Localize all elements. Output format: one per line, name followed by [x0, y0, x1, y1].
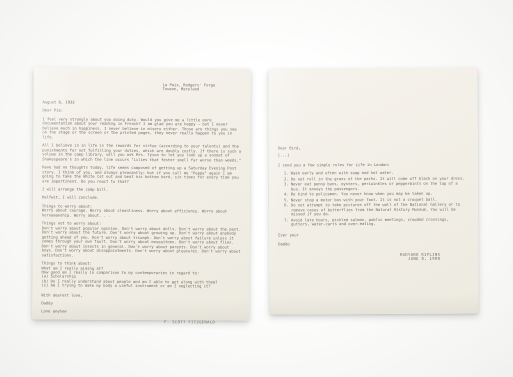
rules-intro: I send you a few simple rules for Life i…: [278, 163, 468, 168]
not-worry-list: Don't worry about popular opinion. Don't…: [42, 226, 242, 259]
paragraph: I feel very strongly about you doing dut…: [42, 117, 242, 141]
sender-address: La Paix, Rodgers' Forge Towson, Maryland: [163, 83, 243, 92]
paragraph: I will arrange the camp bill.: [42, 187, 242, 193]
rule-item: 3. Never eat penny buns, oysters, periwi…: [284, 182, 466, 192]
signature: Daddy: [41, 302, 241, 308]
attribution: F. SCOTT FITZGERALD: [41, 320, 215, 326]
paragraph: Halfwit, I will conclude.: [42, 196, 242, 202]
closing: Ever your: [278, 232, 470, 237]
salutation: Dear Bird,: [278, 146, 470, 151]
letter-fitzgerald-sheet: La Paix, Rodgers' Forge Towson, Maryland…: [32, 67, 251, 320]
attribution-date: JUNE 8, 1908: [278, 257, 440, 262]
attribution: RUDYARD KIPLING JUNE 8, 1908: [278, 252, 440, 262]
elision-mark: [...]: [278, 153, 470, 158]
letter-fitzgerald-text: La Paix, Rodgers' Forge Towson, Maryland…: [32, 67, 251, 320]
rule-item: 6. Do not attempt to take pictures off t…: [284, 203, 466, 217]
salutation: Dear Pie:: [42, 109, 242, 115]
rule-item: 7. Avoid late hours, pickled salmon, pub…: [284, 217, 466, 227]
closing: With dearest love,: [41, 293, 241, 299]
photograph-of-two-letters: La Paix, Rodgers' Forge Towson, Maryland…: [0, 0, 513, 377]
paragraph: Have had no thoughts today, life seems c…: [42, 165, 242, 184]
signature: Daddo: [278, 242, 470, 247]
letter-kipling-text: Dear Bird, [...] I send you a few simple…: [268, 68, 478, 315]
paragraph: All I believe in in life is the rewards …: [42, 144, 242, 163]
address-line-2: Towson, Maryland: [163, 88, 243, 93]
worry-list: Worry about courage. Worry about cleanli…: [42, 209, 242, 219]
postscript: Love anyhow: [41, 309, 241, 315]
letter-kipling-sheet: Dear Bird, [...] I send you a few simple…: [268, 68, 478, 315]
rules-list: 1. Wash early and often with soap and ho…: [284, 171, 466, 227]
letter-date: August 8, 1933: [43, 100, 243, 106]
think-item: (c) Am I trying to make my body a useful…: [41, 284, 241, 290]
